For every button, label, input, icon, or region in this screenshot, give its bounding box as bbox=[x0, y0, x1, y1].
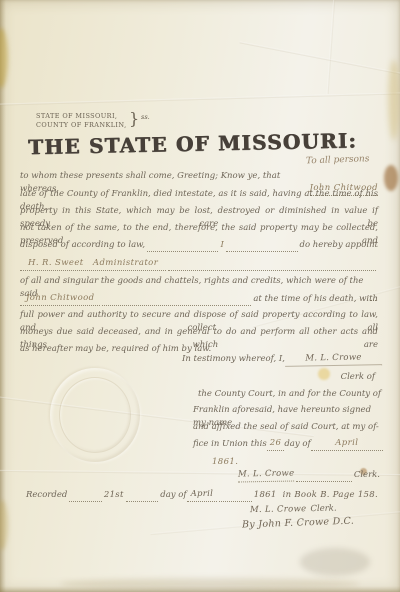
clerk-signature: M. L. Crowe bbox=[285, 351, 382, 367]
fill-day: 26 bbox=[267, 437, 285, 451]
printed-text: fice in Union this bbox=[193, 438, 267, 451]
body-line-6: H. R. Sweet Administrator bbox=[20, 257, 378, 271]
fill-month: April bbox=[311, 437, 383, 451]
fill-administrator: H. R. Sweet Administrator bbox=[20, 257, 166, 271]
printed-text: do hereby appoint bbox=[300, 239, 378, 252]
dotted-leader bbox=[69, 492, 102, 502]
testimonium-line-3: and affixed the seal of said Court, at m… bbox=[193, 421, 383, 434]
embossed-county-seal-icon bbox=[50, 368, 140, 462]
body-line-8: John Chitwood at the time of his death, … bbox=[20, 292, 378, 306]
dotted-leader bbox=[219, 492, 252, 502]
printed-text: In testimony whereof, I, bbox=[182, 353, 285, 366]
salutation-script: To all persons bbox=[306, 154, 386, 167]
dotted-leader bbox=[102, 296, 251, 306]
paper-bottom-edge bbox=[0, 586, 400, 592]
printed-text: day of bbox=[284, 438, 310, 451]
dotted-leader bbox=[296, 472, 351, 482]
paper-left-edge bbox=[0, 0, 6, 592]
printed-text: at the time of his death, with bbox=[253, 293, 378, 306]
fill-recorded-year: 1861 bbox=[254, 489, 277, 502]
stain bbox=[384, 165, 398, 191]
fill-deceased-name-2: John Chitwood bbox=[20, 292, 100, 306]
testimonium-line-1: the County Court, in and for the County … bbox=[198, 388, 383, 401]
embossed-seal-inner-ring bbox=[59, 377, 131, 453]
fill-recorded-month: April bbox=[187, 488, 218, 502]
county-line: COUNTY OF FRANKLIN, bbox=[36, 121, 127, 130]
crease-line bbox=[0, 92, 400, 106]
state-line: STATE OF MISSOURI, bbox=[36, 112, 127, 121]
body-line-5: disposed of according to law, I do hereb… bbox=[20, 239, 378, 252]
aged-legal-document: STATE OF MISSOURI, COUNTY OF FRANKLIN, }… bbox=[0, 0, 400, 592]
jurisdiction-brace: } bbox=[129, 109, 139, 128]
printed-text: Recorded bbox=[26, 489, 67, 502]
stain bbox=[300, 548, 370, 576]
recorded-line: Recorded 21st day of April 1861 in Book … bbox=[26, 488, 378, 502]
dotted-leader bbox=[126, 492, 159, 502]
document-title: THE STATE OF MISSOURI: bbox=[28, 129, 342, 160]
printed-text: disposed of according to law, bbox=[20, 239, 145, 252]
fill-book-entry: in Book B. Page 158. bbox=[283, 489, 378, 502]
dotted-leader bbox=[147, 242, 218, 252]
printed-text: day of bbox=[160, 489, 186, 502]
fill-pronoun: I bbox=[220, 239, 224, 252]
fill-recorded-day: 21st bbox=[104, 489, 124, 502]
crease-line bbox=[327, 0, 336, 94]
clerk-label: Clerk. bbox=[354, 469, 380, 482]
dotted-leader bbox=[226, 242, 297, 252]
clerk-label: Clerk. bbox=[310, 503, 336, 516]
testimonium-clerk-of: Clerk of bbox=[200, 371, 375, 384]
testimonium-date-line: fice in Union this 26 day of April bbox=[193, 437, 383, 451]
testimonium-intro: In testimony whereof, I, M. L. Crowe bbox=[182, 352, 382, 366]
attestation-signature-1: M. L. Crowe Clerk. bbox=[238, 468, 380, 482]
jurisdiction-caption: STATE OF MISSOURI, COUNTY OF FRANKLIN, bbox=[36, 112, 127, 129]
clerk-signature: M. L. Crowe bbox=[250, 503, 307, 517]
stain bbox=[388, 60, 400, 140]
clerk-signature: M. L. Crowe bbox=[238, 468, 295, 483]
ss-abbreviation: ss. bbox=[141, 113, 150, 121]
dotted-leader bbox=[168, 261, 376, 271]
crease-line bbox=[239, 41, 400, 76]
